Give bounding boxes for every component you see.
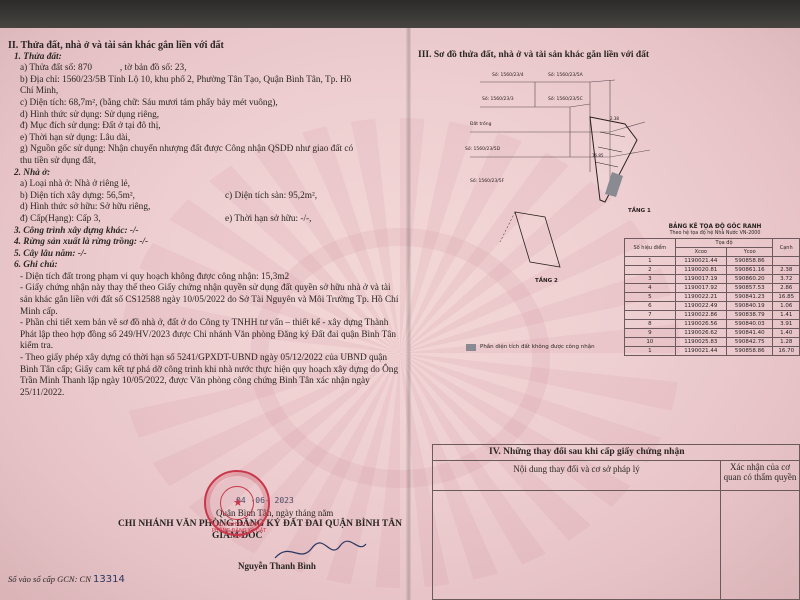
coord-row: 81190026.56590840.033.91 [625,320,800,329]
col-y: Ycoo [727,248,773,257]
coord-point: 4 [625,284,676,293]
coord-x: 1190020.81 [675,266,726,275]
coord-row: 21190020.81590861.162.38 [625,266,800,275]
coord-edge: 2.86 [773,284,800,293]
col-coords-group: Tọa độ [675,239,773,248]
coord-row: 91190026.62590841.401.40 [625,329,800,338]
serial-number: Số vào sổ cấp GCN: CN 13314 [8,574,125,585]
coord-x: 1190022.49 [675,302,726,311]
coord-row: 61190022.49590840.191.06 [625,302,800,311]
land-purpose: đ) Mục đích sử dụng: Đất ở tại đô thị, [8,121,403,133]
svg-text:Số: 1560/23/5A: Số: 1560/23/5A [548,71,584,78]
svg-text:Số: 1560/23/5C: Số: 1560/23/5C [548,95,583,102]
official-seal: ★ CHI NHÁNH VĂN PHÒNG ĐĂNG KÝ ĐẤT ĐAI [204,470,270,536]
house-built-area: b) Diện tích xây dựng: 56,5m², [20,191,225,203]
land-address: b) Địa chỉ: 1560/23/5B Tỉnh Lộ 10, khu p… [8,75,403,87]
land-area: c) Diện tích: 68,7m², (bằng chữ: Sáu mươ… [8,98,403,110]
coord-point: 9 [625,329,676,338]
svg-text:Số: 1560/23/4: Số: 1560/23/4 [492,71,524,78]
notes-heading: 6. Ghi chú: [8,260,403,272]
coord-edge: 3.72 [773,275,800,284]
changes-col-confirm: Xác nhận của cơ quan có thẩm quyền [721,461,799,490]
coordinate-table: Số hiệu điểm Tọa độ Cạnh Xcoo Ycoo 11190… [624,238,800,356]
serial-value: 13314 [93,574,125,585]
left-page: II. Thửa đất, nhà ở và tài sản khác gắn … [8,40,403,399]
coord-point: 8 [625,320,676,329]
other-construction: 3. Công trình xây dựng khác: -/- [8,226,403,238]
svg-text:TẦNG 1: TẦNG 1 [628,205,651,214]
coord-point: 5 [625,293,676,302]
house-grade: đ) Cấp(Hạng): Cấp 3, [20,214,225,226]
coord-point: 3 [625,275,676,284]
coord-x: 1190026.62 [675,329,726,338]
coord-x: 1190021.44 [675,347,726,356]
coord-row: 71190022.86590838.791.41 [625,311,800,320]
coord-y: 590861.16 [727,266,773,275]
coord-point: 10 [625,338,676,347]
land-origin-cont: thu tiền sử dụng đất, [8,156,403,168]
svg-text:Số: 1560/23/5F: Số: 1560/23/5F [470,177,505,184]
coord-y: 590842.75 [727,338,773,347]
changes-col-content: Nội dung thay đổi và cơ sở pháp lý [433,461,721,490]
house-ownership-term: e) Thời hạn sở hữu: -/-, [225,214,311,226]
land-term: e) Thời hạn sử dụng: Lâu dài, [8,133,403,145]
coord-row: 41190017.92590857.532.86 [625,284,800,293]
perennial-trees: 5. Cây lâu năm: -/- [8,249,403,261]
coord-edge: 16.70 [773,347,800,356]
svg-text:Số: 1560/23/5D: Số: 1560/23/5D [465,145,501,152]
coord-header-row: Số hiệu điểm Tọa độ Cạnh [625,239,800,248]
coord-y: 590841.23 [727,293,773,302]
coord-table-subtitle: Theo hệ tọa độ hệ Nhà Nước VN-2000 [630,231,800,236]
coord-edge: 16.85 [773,293,800,302]
svg-text:2.38: 2.38 [610,116,619,121]
note-3: - Phần chi tiết xem bản vẽ sơ đồ nhà ở, … [8,318,403,353]
land-usage-form: d) Hình thức sử dụng: Sử dụng riêng, [8,110,403,122]
coord-table-title: BẢNG KÊ TỌA ĐỘ GÓC RANH [630,224,800,230]
note-1: - Diện tích đất trong phạm vi quy hoạch … [8,272,403,284]
section-title: II. Thửa đất, nhà ở và tài sản khác gắn … [8,40,403,52]
house-type: a) Loại nhà ở: Nhà ở riêng lẻ, [8,179,403,191]
col-point: Số hiệu điểm [625,239,676,257]
coord-row: 51190022.21590841.2316.85 [625,293,800,302]
coord-point: 1 [625,257,676,266]
col-x: Xcoo [675,248,726,257]
coord-x: 1190026.56 [675,320,726,329]
svg-text:16.85: 16.85 [592,153,604,158]
coord-edge: 1.41 [773,311,800,320]
coord-point: 6 [625,302,676,311]
note-2: - Giấy chứng nhận này thay thế theo Giấy… [8,283,403,318]
coord-x: 1190017.92 [675,284,726,293]
legend-label: Phần diện tích đất không được công nhận [480,344,595,350]
diagram-title: III. Sơ đồ thửa đất, nhà ở và tài sản kh… [418,50,649,60]
coord-x: 1190022.86 [675,311,726,320]
changes-table: IV. Những thay đổi sau khi cấp giấy chứn… [432,444,800,600]
coord-y: 590860.20 [727,275,773,284]
house-heading: 2. Nhà ở: [8,168,403,180]
svg-text:Số: 1560/23/3: Số: 1560/23/3 [482,95,514,102]
coord-row: 11190021.44590858.8616.70 [625,347,800,356]
land-parcel: a) Thửa đất số: 870 , tờ bản đồ số: 23, [8,63,403,75]
coord-edge: 1.06 [773,302,800,311]
coord-row: 31190017.19590860.203.72 [625,275,800,284]
page-fold [406,28,412,600]
coord-y: 590857.53 [727,284,773,293]
legend-hatch-swatch [466,344,476,351]
svg-text:TẦNG 2: TẦNG 2 [535,275,558,284]
coord-point: 7 [625,311,676,320]
land-address-cont: Chí Minh, [8,86,403,98]
land-origin: g) Nguồn gốc sử dụng: Nhận chuyển nhượng… [8,144,403,156]
star-icon: ★ [233,496,243,509]
coord-y: 590858.86 [727,347,773,356]
coord-x: 1190022.21 [675,293,726,302]
coord-edge: 1.28 [773,338,800,347]
note-4: - Theo giấy phép xây dựng có thời hạn số… [8,353,403,399]
coord-y: 590840.03 [727,320,773,329]
changes-title: IV. Những thay đổi sau khi cấp giấy chứn… [433,445,799,461]
coord-edge: 3.91 [773,320,800,329]
coord-edge: 1.40 [773,329,800,338]
coord-y: 590840.19 [727,302,773,311]
house-ownership: d) Hình thức sở hữu: Sở hữu riêng, [8,202,403,214]
production-forest: 4. Rừng sản xuất là rừng trồng: -/- [8,237,403,249]
background-edge [0,0,800,30]
coord-x: 1190021.44 [675,257,726,266]
signer-name: Nguyễn Thanh Bình [238,561,316,571]
coord-x: 1190017.19 [675,275,726,284]
coord-row: 11190021.44590858.86 [625,257,800,266]
seal-text: CHI NHÁNH VĂN PHÒNG ĐĂNG KÝ ĐẤT ĐAI [210,522,268,540]
coord-y: 590841.40 [727,329,773,338]
land-heading: 1. Thửa đất: [8,52,403,64]
house-floor-area: c) Diện tích sàn: 95,2m², [225,191,317,203]
svg-text:Đất trống: Đất trống [470,120,492,127]
col-edge: Cạnh [773,239,800,257]
coord-edge [773,257,800,266]
coord-point: 1 [625,347,676,356]
coord-y: 590838.79 [727,311,773,320]
coord-point: 2 [625,266,676,275]
coord-y: 590858.86 [727,257,773,266]
coord-x: 1190025.83 [675,338,726,347]
coord-edge: 2.38 [773,266,800,275]
changes-content-cell [433,491,721,599]
coord-row: 101190025.83590842.751.28 [625,338,800,347]
